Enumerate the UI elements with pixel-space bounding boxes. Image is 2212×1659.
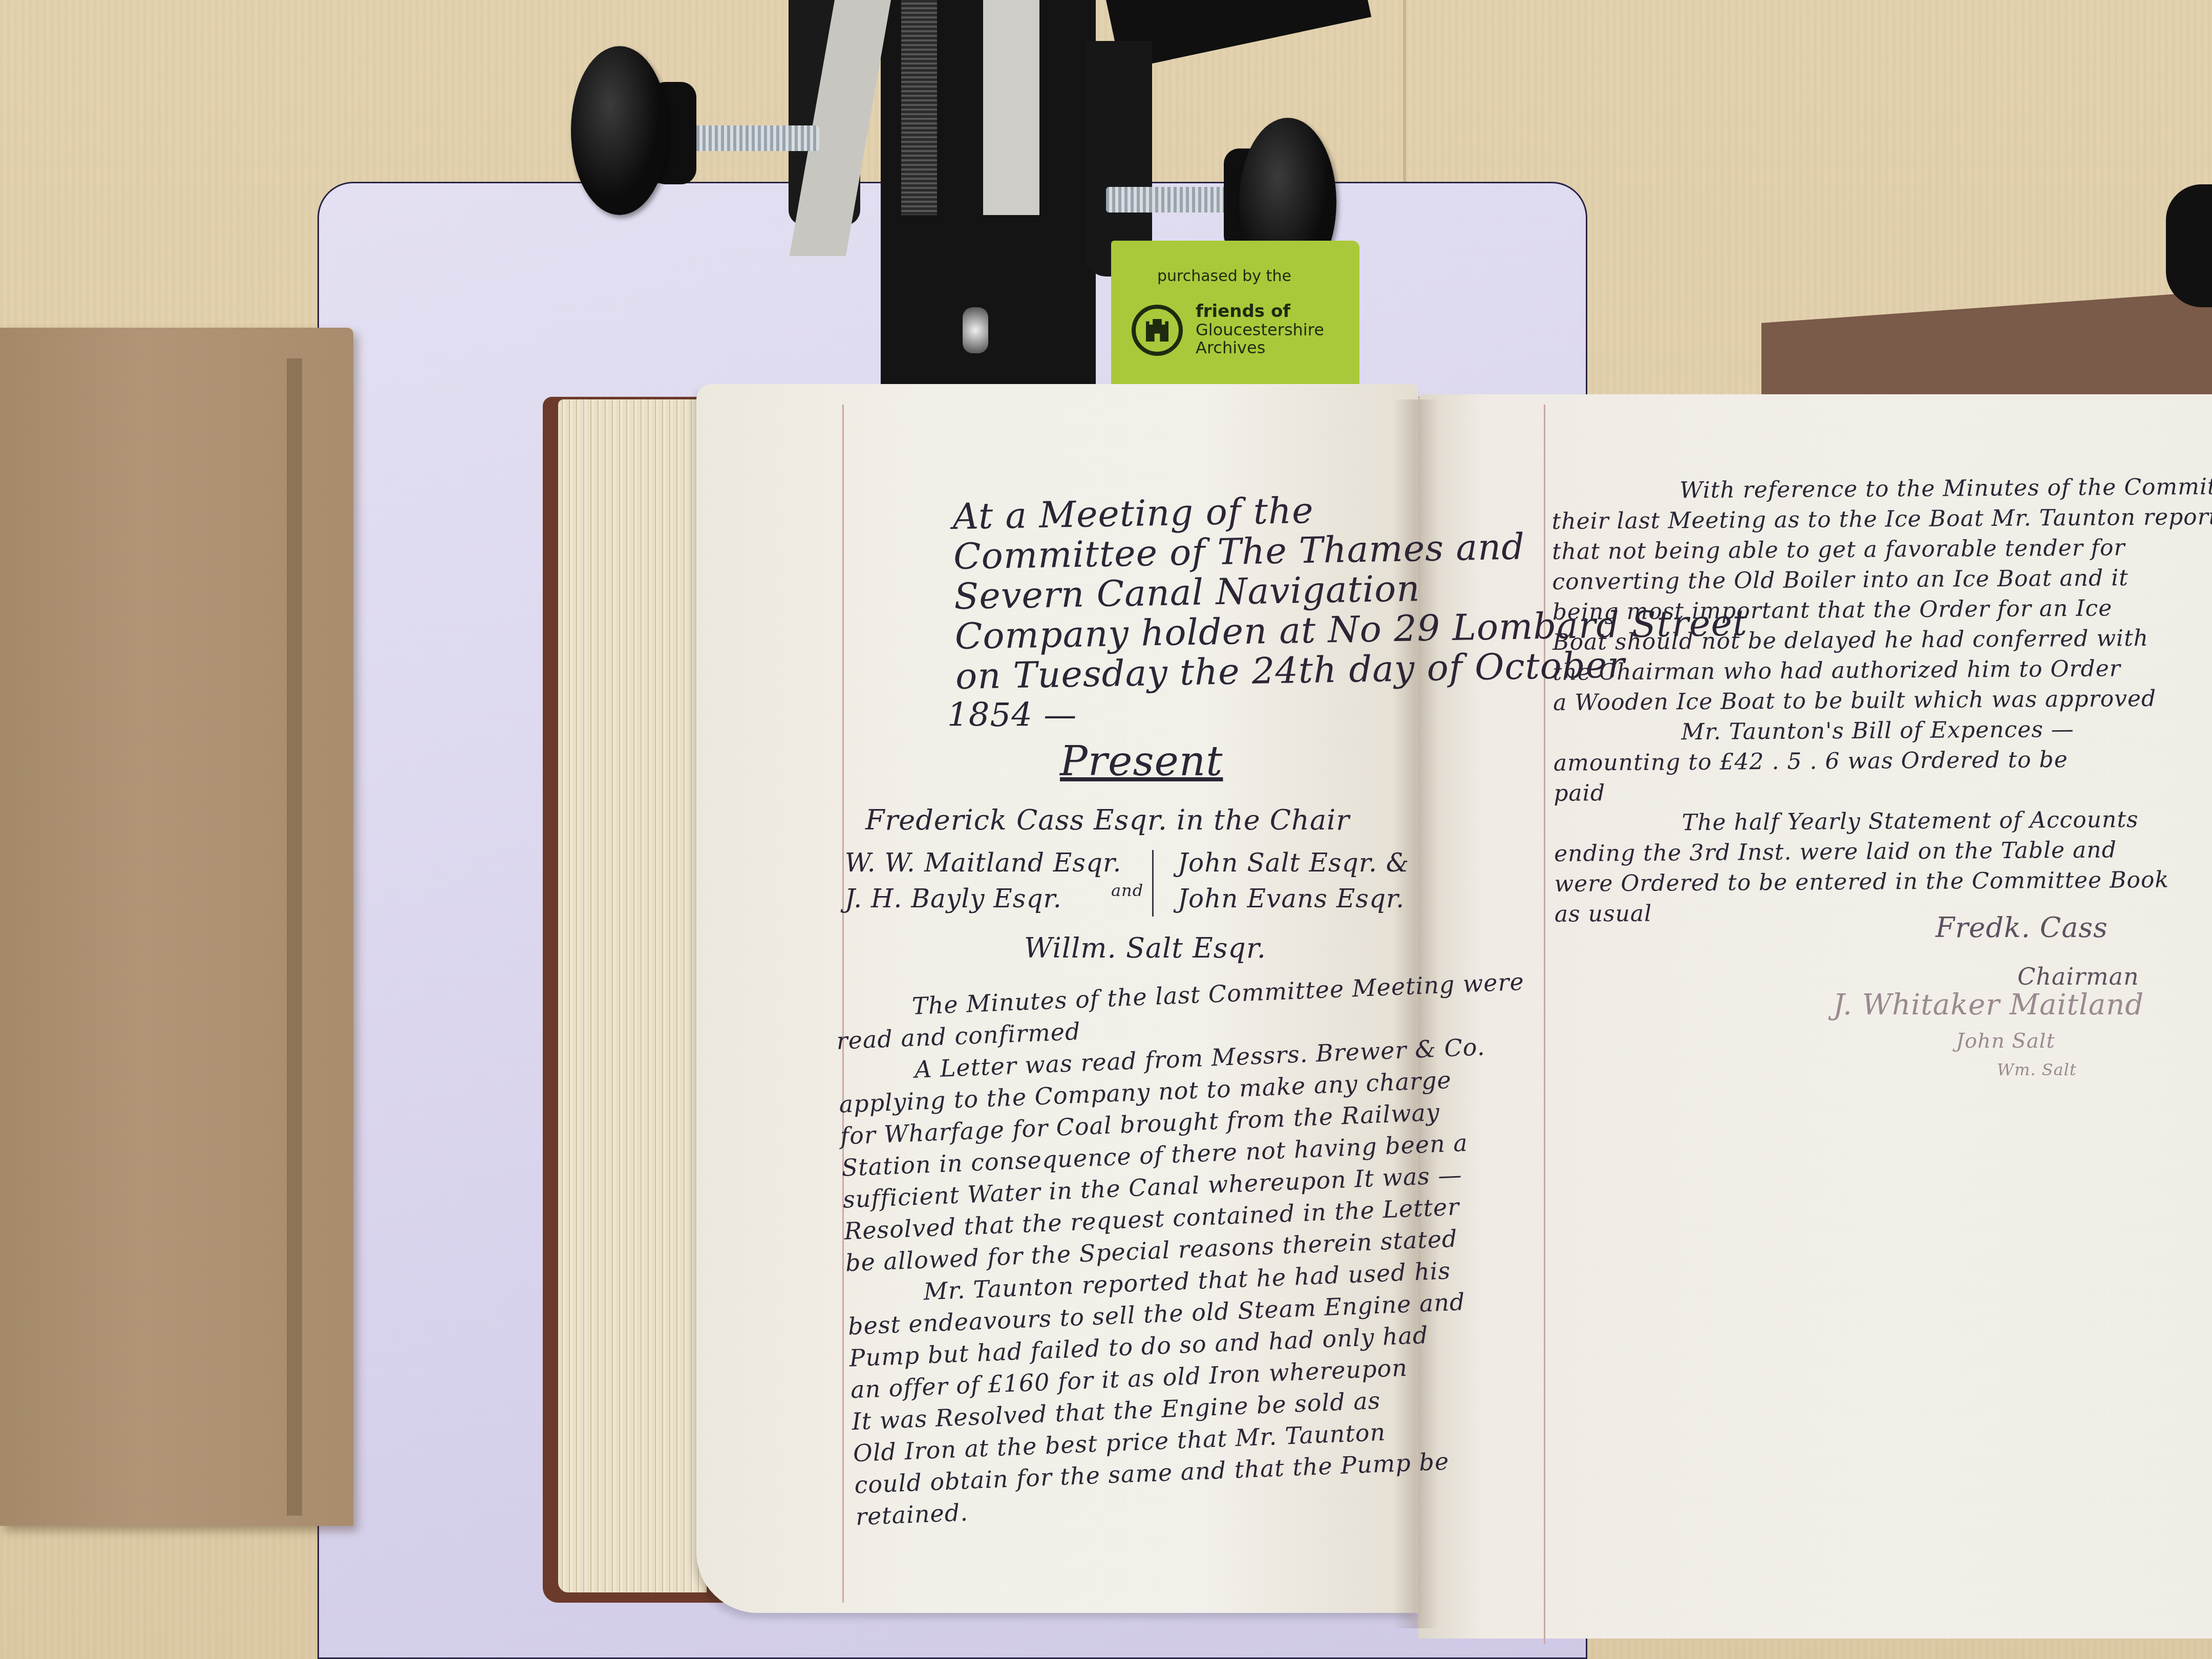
minute-line: The half Yearly Statement of Accounts <box>1554 803 2212 839</box>
cradle-bolt-icon <box>963 307 988 353</box>
attendees-divider <box>1152 850 1154 917</box>
cradle-rack <box>901 0 937 215</box>
minute-line: that not being able to get a favorable t… <box>1552 531 2212 567</box>
friends-of-archives-sticker: purchased by the friends of Gloucestersh… <box>1111 241 1359 389</box>
chairman-signature: Fredk. Cass <box>1936 911 2108 944</box>
minute-line: the Chairman who had authorized him to O… <box>1552 652 2212 688</box>
chairman-title: Chairman <box>2017 963 2139 990</box>
attendee: John Salt Esqr. & <box>1178 845 1409 881</box>
minute-line: paid <box>1554 773 2212 809</box>
sticker-purchased-text: purchased by the <box>1157 267 1291 285</box>
minute-line: being most important that the Order for … <box>1552 592 2212 627</box>
attendee: John Evans Esqr. <box>1178 881 1409 917</box>
minute-line: amounting to £42 . 5 . 6 was Ordered to … <box>1554 743 2212 778</box>
minute-line: were Ordered to be entered in the Commit… <box>1554 864 2212 899</box>
right-black-object <box>2166 184 2212 307</box>
right-page-minutes: With reference to the Minutes of the Com… <box>1551 471 2212 929</box>
attendees-column-a: W. W. Maitland Esqr. J. H. Bayly Esqr. <box>845 845 1121 917</box>
minute-line: With reference to the Minutes of the Com… <box>1551 471 2212 506</box>
sticker-org-line2: Archives <box>1196 338 1265 357</box>
meeting-year: 1854 — <box>947 696 1077 734</box>
signature-maitland: J. Whitaker Maitland <box>1833 988 2144 1022</box>
minute-line: as usual <box>1555 894 2212 929</box>
left-clamp-knob[interactable] <box>571 46 668 215</box>
minute-line: ending the 3rd Inst. were laid on the Ta… <box>1554 834 2212 869</box>
attendees-column-b: John Salt Esqr. & John Evans Esqr. <box>1178 845 1409 917</box>
castle-seal-icon <box>1132 305 1183 356</box>
castle-icon <box>1146 319 1168 342</box>
left-page-minutes: The Minutes of the last Committee Meetin… <box>835 966 1545 1533</box>
attendee-last: Willm. Salt Esqr. <box>1024 932 1266 964</box>
folder-edge <box>287 358 302 1516</box>
sticker-friends-text: friends of <box>1196 301 1290 322</box>
minute-line: Boat should not be delayed he had confer… <box>1552 622 2212 657</box>
page-stack <box>558 399 707 1592</box>
cradle-rail-right <box>983 0 1039 215</box>
attendee: W. W. Maitland Esqr. <box>845 845 1121 881</box>
and-word: and <box>1111 881 1143 900</box>
chair-line: Frederick Cass Esqr. in the Chair <box>865 804 1350 836</box>
signature-john-salt: John Salt <box>1956 1029 2055 1053</box>
present-title: Present <box>1060 737 1223 785</box>
attendee: J. H. Bayly Esqr. <box>845 881 1121 917</box>
minute-line: their last Meeting as to the Ice Boat Mr… <box>1551 501 2212 537</box>
minute-line: a Wooden Ice Boat to be built which was … <box>1553 683 2212 718</box>
sticker-org-line1: Gloucestershire <box>1196 320 1324 339</box>
signature-wm-salt: Wm. Salt <box>1997 1060 2077 1079</box>
minute-line: converting the Old Boiler into an Ice Bo… <box>1552 562 2212 597</box>
minute-line: Mr. Taunton's Bill of Expences — <box>1553 713 2212 748</box>
